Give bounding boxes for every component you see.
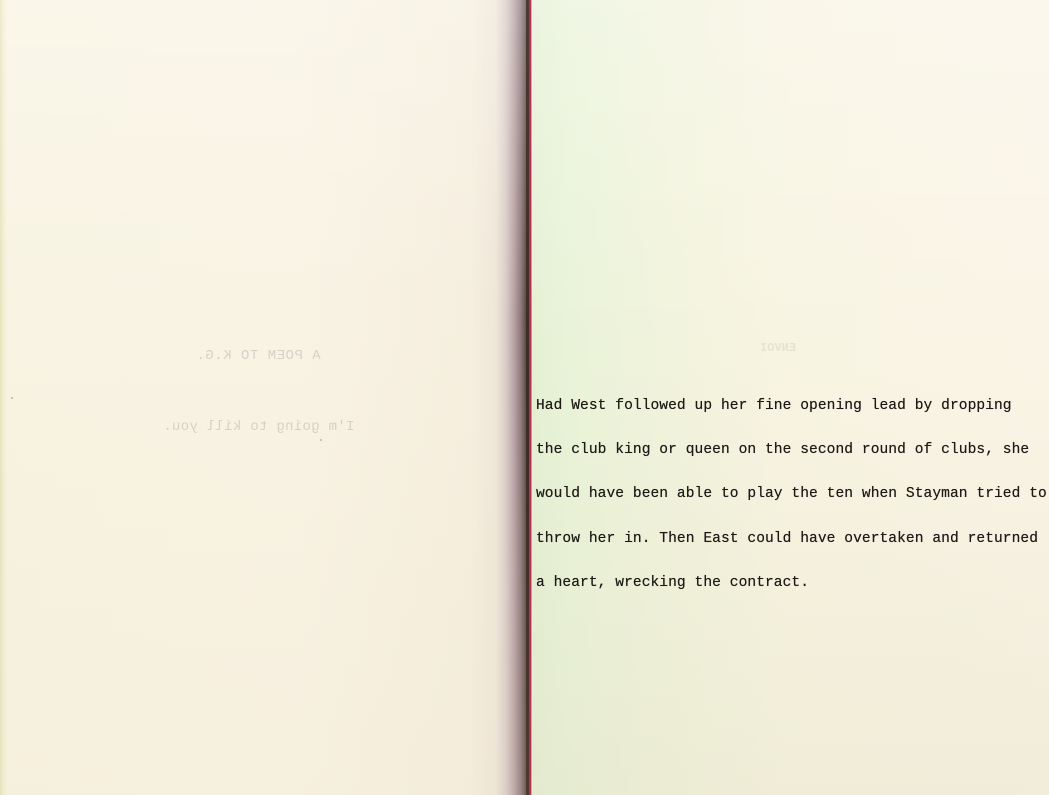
show-through-line: I'm going to kill you.	[163, 419, 354, 435]
gutter-edge	[529, 0, 531, 795]
paragraph-line: a heart, wrecking the contract.	[536, 576, 1047, 591]
paper-speck	[320, 439, 322, 441]
left-page: A POEM TO K.G. I'm going to kill you.	[0, 0, 530, 795]
show-through-heading: ENVOI	[760, 341, 796, 355]
book-spread: A POEM TO K.G. I'm going to kill you. EN…	[0, 0, 1049, 795]
paper-speck	[11, 397, 13, 399]
right-page: ENVOI Had West followed up her fine open…	[530, 0, 1049, 795]
paragraph-line: throw her in. Then East could have overt…	[536, 532, 1047, 547]
paragraph-line: would have been able to play the ten whe…	[536, 487, 1047, 502]
paragraph-line: the club king or queen on the second rou…	[536, 443, 1047, 458]
typed-paragraph: Had West followed up her fine opening le…	[536, 369, 1047, 621]
paragraph-line: Had West followed up her fine opening le…	[536, 399, 1047, 414]
show-through-title: A POEM TO K.G.	[196, 348, 321, 364]
